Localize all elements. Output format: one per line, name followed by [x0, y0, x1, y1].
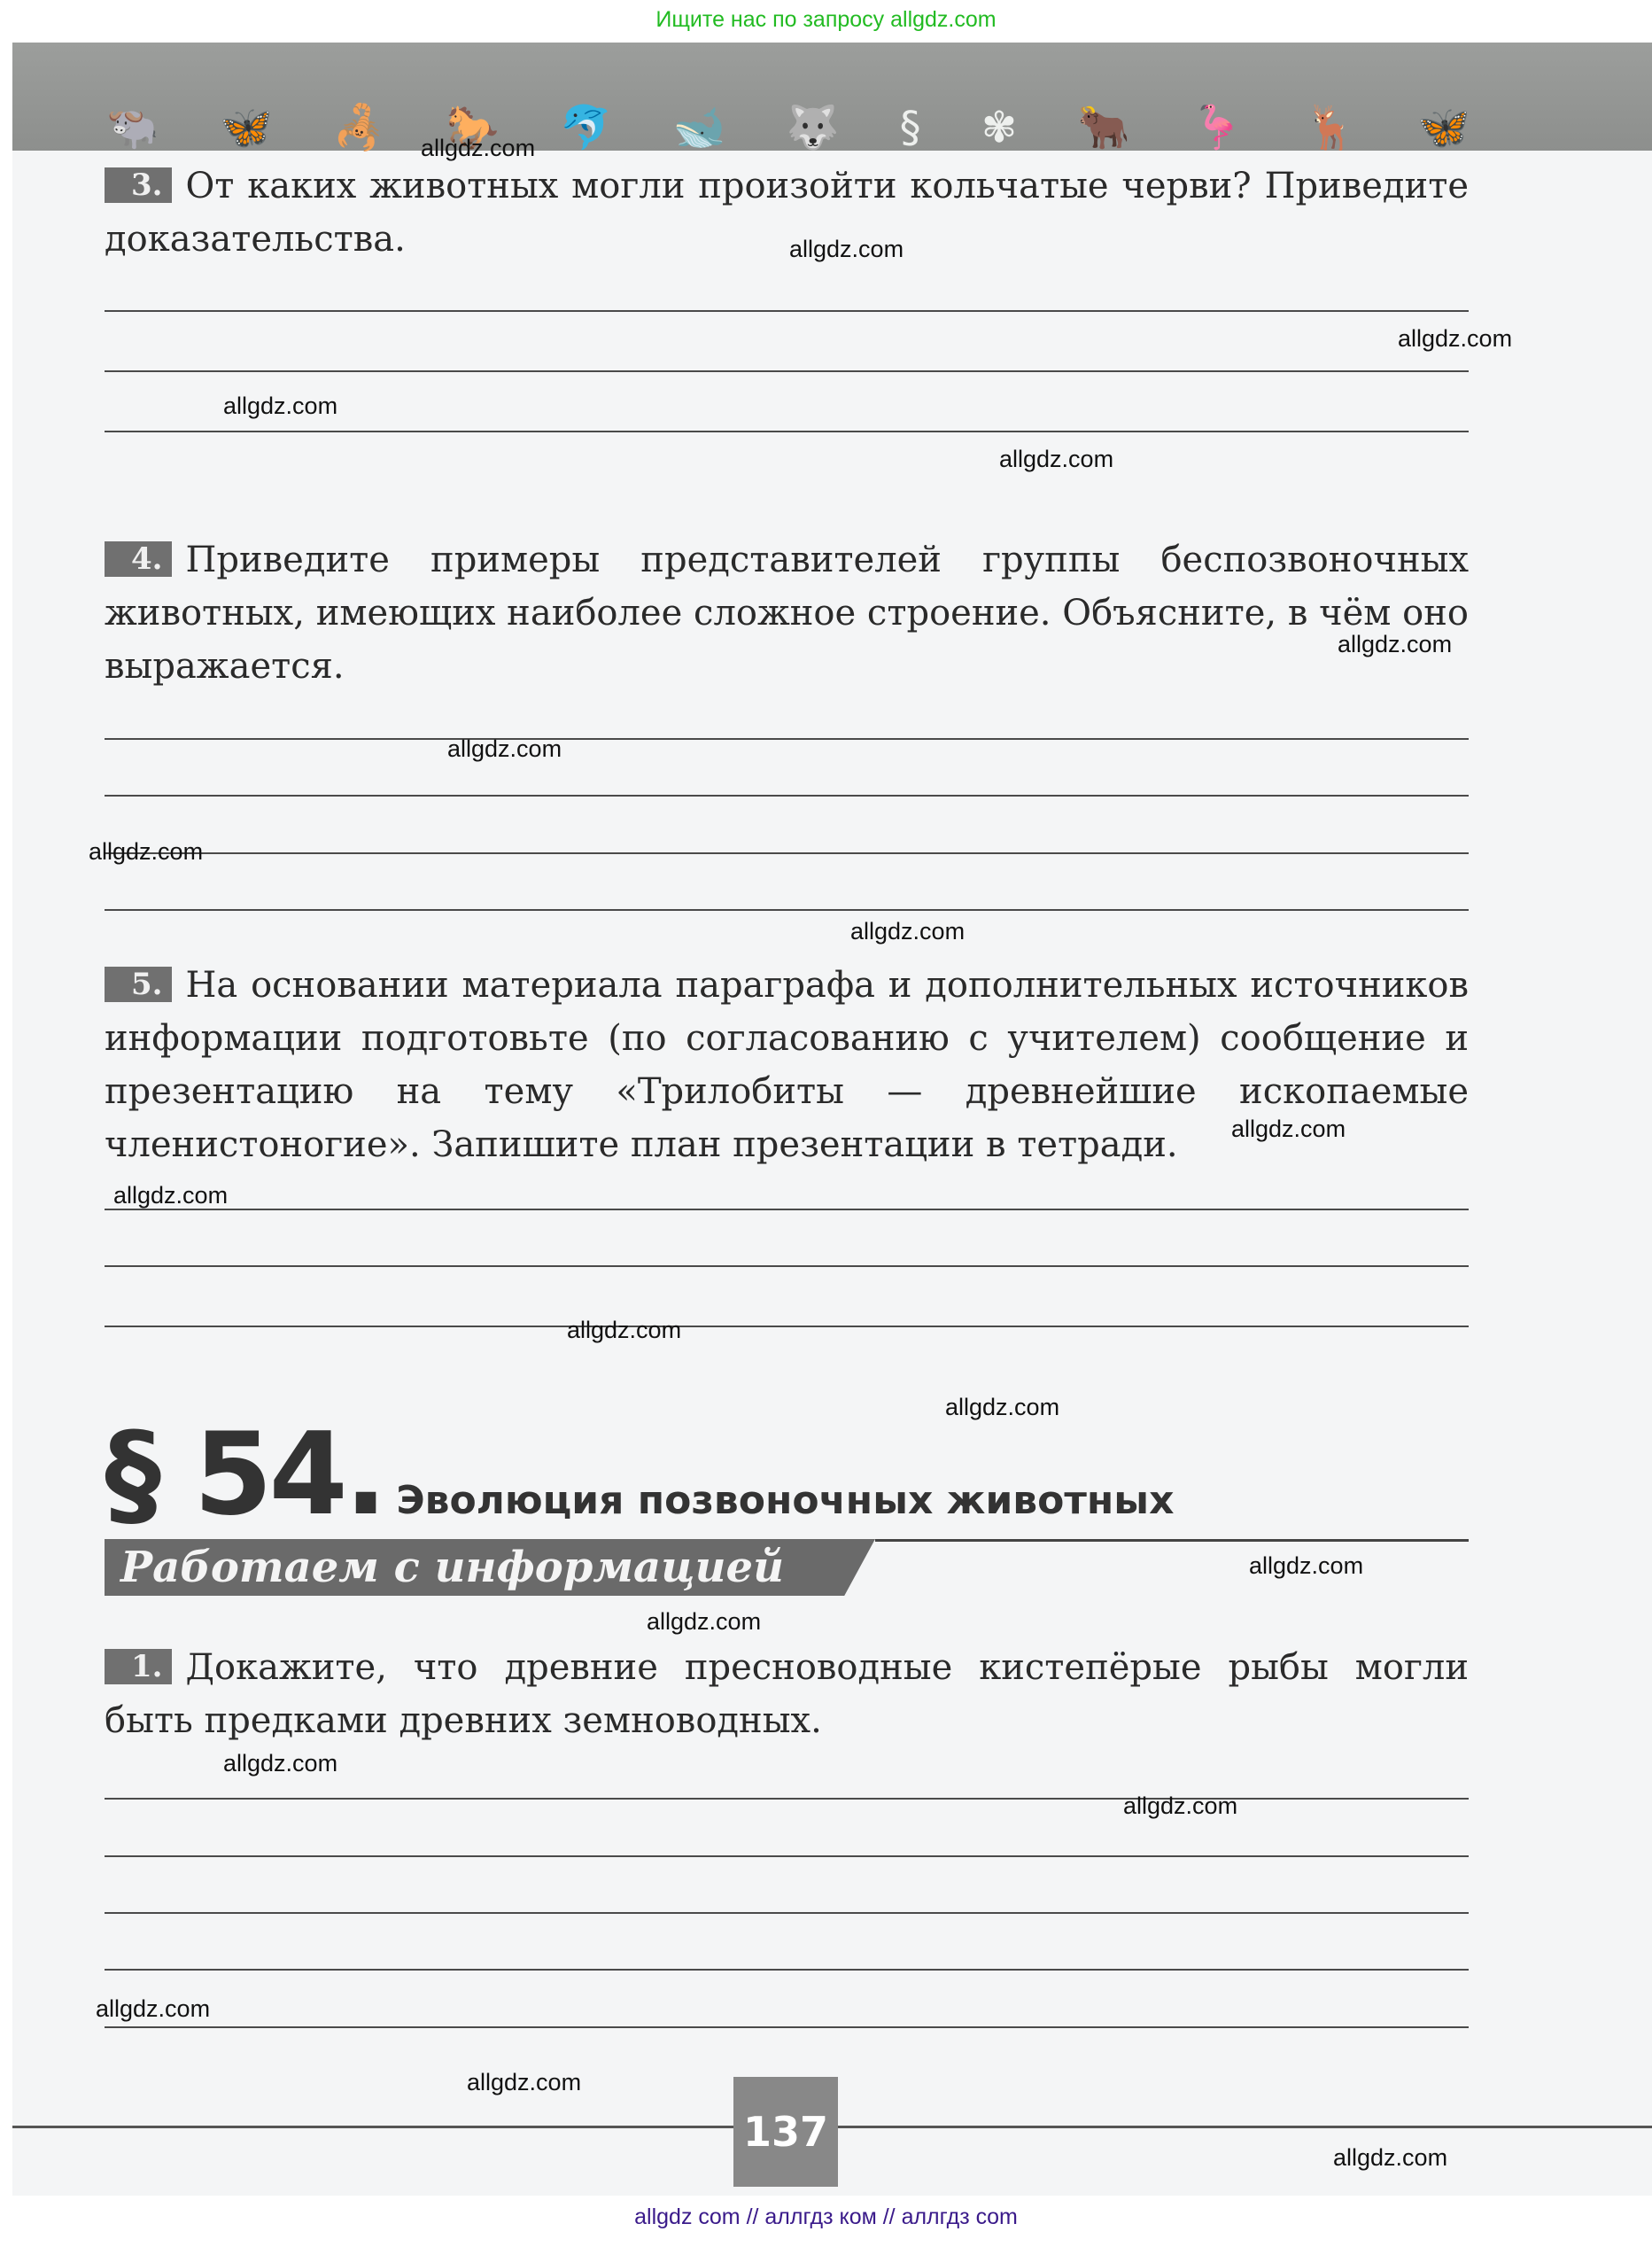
question-number: 1. — [105, 1649, 172, 1684]
watermark: allgdz.com — [1231, 1116, 1346, 1143]
insect-icon: ✾ — [981, 106, 1017, 149]
watermark: allgdz.com — [850, 918, 965, 945]
scorpion-icon: 🦂 — [333, 106, 386, 149]
watermark: allgdz.com — [467, 2069, 581, 2096]
subheading-bar: Работаем с информацией — [105, 1539, 875, 1596]
answer-line[interactable] — [105, 1912, 1469, 1914]
watermark: allgdz.com — [223, 393, 337, 420]
watermark: allgdz.com — [1333, 2144, 1447, 2172]
answer-line[interactable] — [105, 852, 1469, 854]
answer-line[interactable] — [105, 431, 1469, 432]
section-number: § 54. — [105, 1409, 384, 1541]
bottom-banner-link[interactable]: allgdz com // аллгдз ком // аллгдз com — [0, 2204, 1652, 2230]
watermark: allgdz.com — [1249, 1552, 1363, 1580]
watermark: allgdz.com — [113, 1182, 228, 1209]
answer-line[interactable] — [105, 1326, 1469, 1327]
watermark: allgdz.com — [447, 735, 562, 763]
watermark: allgdz.com — [96, 1995, 210, 2023]
wolf-icon: 🐺 — [787, 106, 840, 149]
watermark: allgdz.com — [1338, 631, 1452, 658]
page-number: 137 — [733, 2077, 838, 2187]
question-text: Приведите примеры представителей группы … — [105, 540, 1469, 687]
question-text: От каких животных могли произойти кольча… — [105, 166, 1469, 260]
answer-line[interactable] — [105, 909, 1469, 911]
question-number: 5. — [105, 967, 172, 1002]
watermark: allgdz.com — [1123, 1792, 1237, 1820]
watermark: allgdz.com — [567, 1317, 681, 1344]
answer-line[interactable] — [105, 2026, 1469, 2028]
question-number: 3. — [105, 167, 172, 203]
watermark: allgdz.com — [1398, 325, 1512, 353]
butterfly-icon: 🦋 — [220, 106, 273, 149]
ostrich-icon: 🦩 — [1191, 106, 1244, 149]
bison-icon: 🐃 — [106, 106, 159, 149]
question-text: Докажите, что древние пресноводные кисте… — [105, 1647, 1469, 1741]
section-heading: § 54.Эволюция позвоночных животных — [105, 1409, 1174, 1541]
answer-line[interactable] — [105, 1969, 1469, 1971]
watermark: allgdz.com — [647, 1608, 761, 1636]
section-title: Эволюция позвоночных животных — [396, 1478, 1174, 1523]
answer-line[interactable] — [105, 795, 1469, 797]
answer-line[interactable] — [105, 370, 1469, 372]
question-number: 4. — [105, 541, 172, 577]
seahorse-icon: § — [900, 106, 921, 149]
answer-line[interactable] — [105, 1209, 1469, 1210]
watermark: allgdz.com — [945, 1394, 1059, 1421]
whale-icon: 🐋 — [673, 106, 726, 149]
answer-line[interactable] — [105, 1798, 1469, 1800]
question-4: 4.Приведите примеры представителей групп… — [105, 533, 1469, 693]
subheading-rule — [875, 1539, 1469, 1542]
watermark: allgdz.com — [999, 446, 1113, 473]
watermark: allgdz.com — [421, 135, 535, 162]
watermark: allgdz.com — [89, 838, 203, 866]
section-question-1: 1.Докажите, что древние пресноводные кис… — [105, 1641, 1469, 1747]
animal-silhouettes: 🐃 🦋 🦂 🐎 🐬 🐋 🐺 § ✾ 🐂 🦩 🦌 🦋 — [106, 89, 1470, 149]
antelope-icon: 🦌 — [1304, 106, 1357, 149]
question-3: 3.От каких животных могли произойти коль… — [105, 159, 1469, 266]
answer-line[interactable] — [105, 738, 1469, 740]
top-banner-link[interactable]: Ищите нас по запросу allgdz.com — [0, 7, 1652, 33]
moth-icon: 🦋 — [1417, 106, 1470, 149]
answer-line[interactable] — [105, 1265, 1469, 1267]
dolphin-icon: 🐬 — [560, 106, 613, 149]
subheading-text: Работаем с информацией — [120, 1543, 784, 1592]
answer-line[interactable] — [105, 1855, 1469, 1857]
bull-icon: 🐂 — [1077, 106, 1130, 149]
watermark: allgdz.com — [223, 1750, 337, 1777]
watermark: allgdz.com — [789, 236, 904, 263]
answer-line[interactable] — [105, 310, 1469, 312]
